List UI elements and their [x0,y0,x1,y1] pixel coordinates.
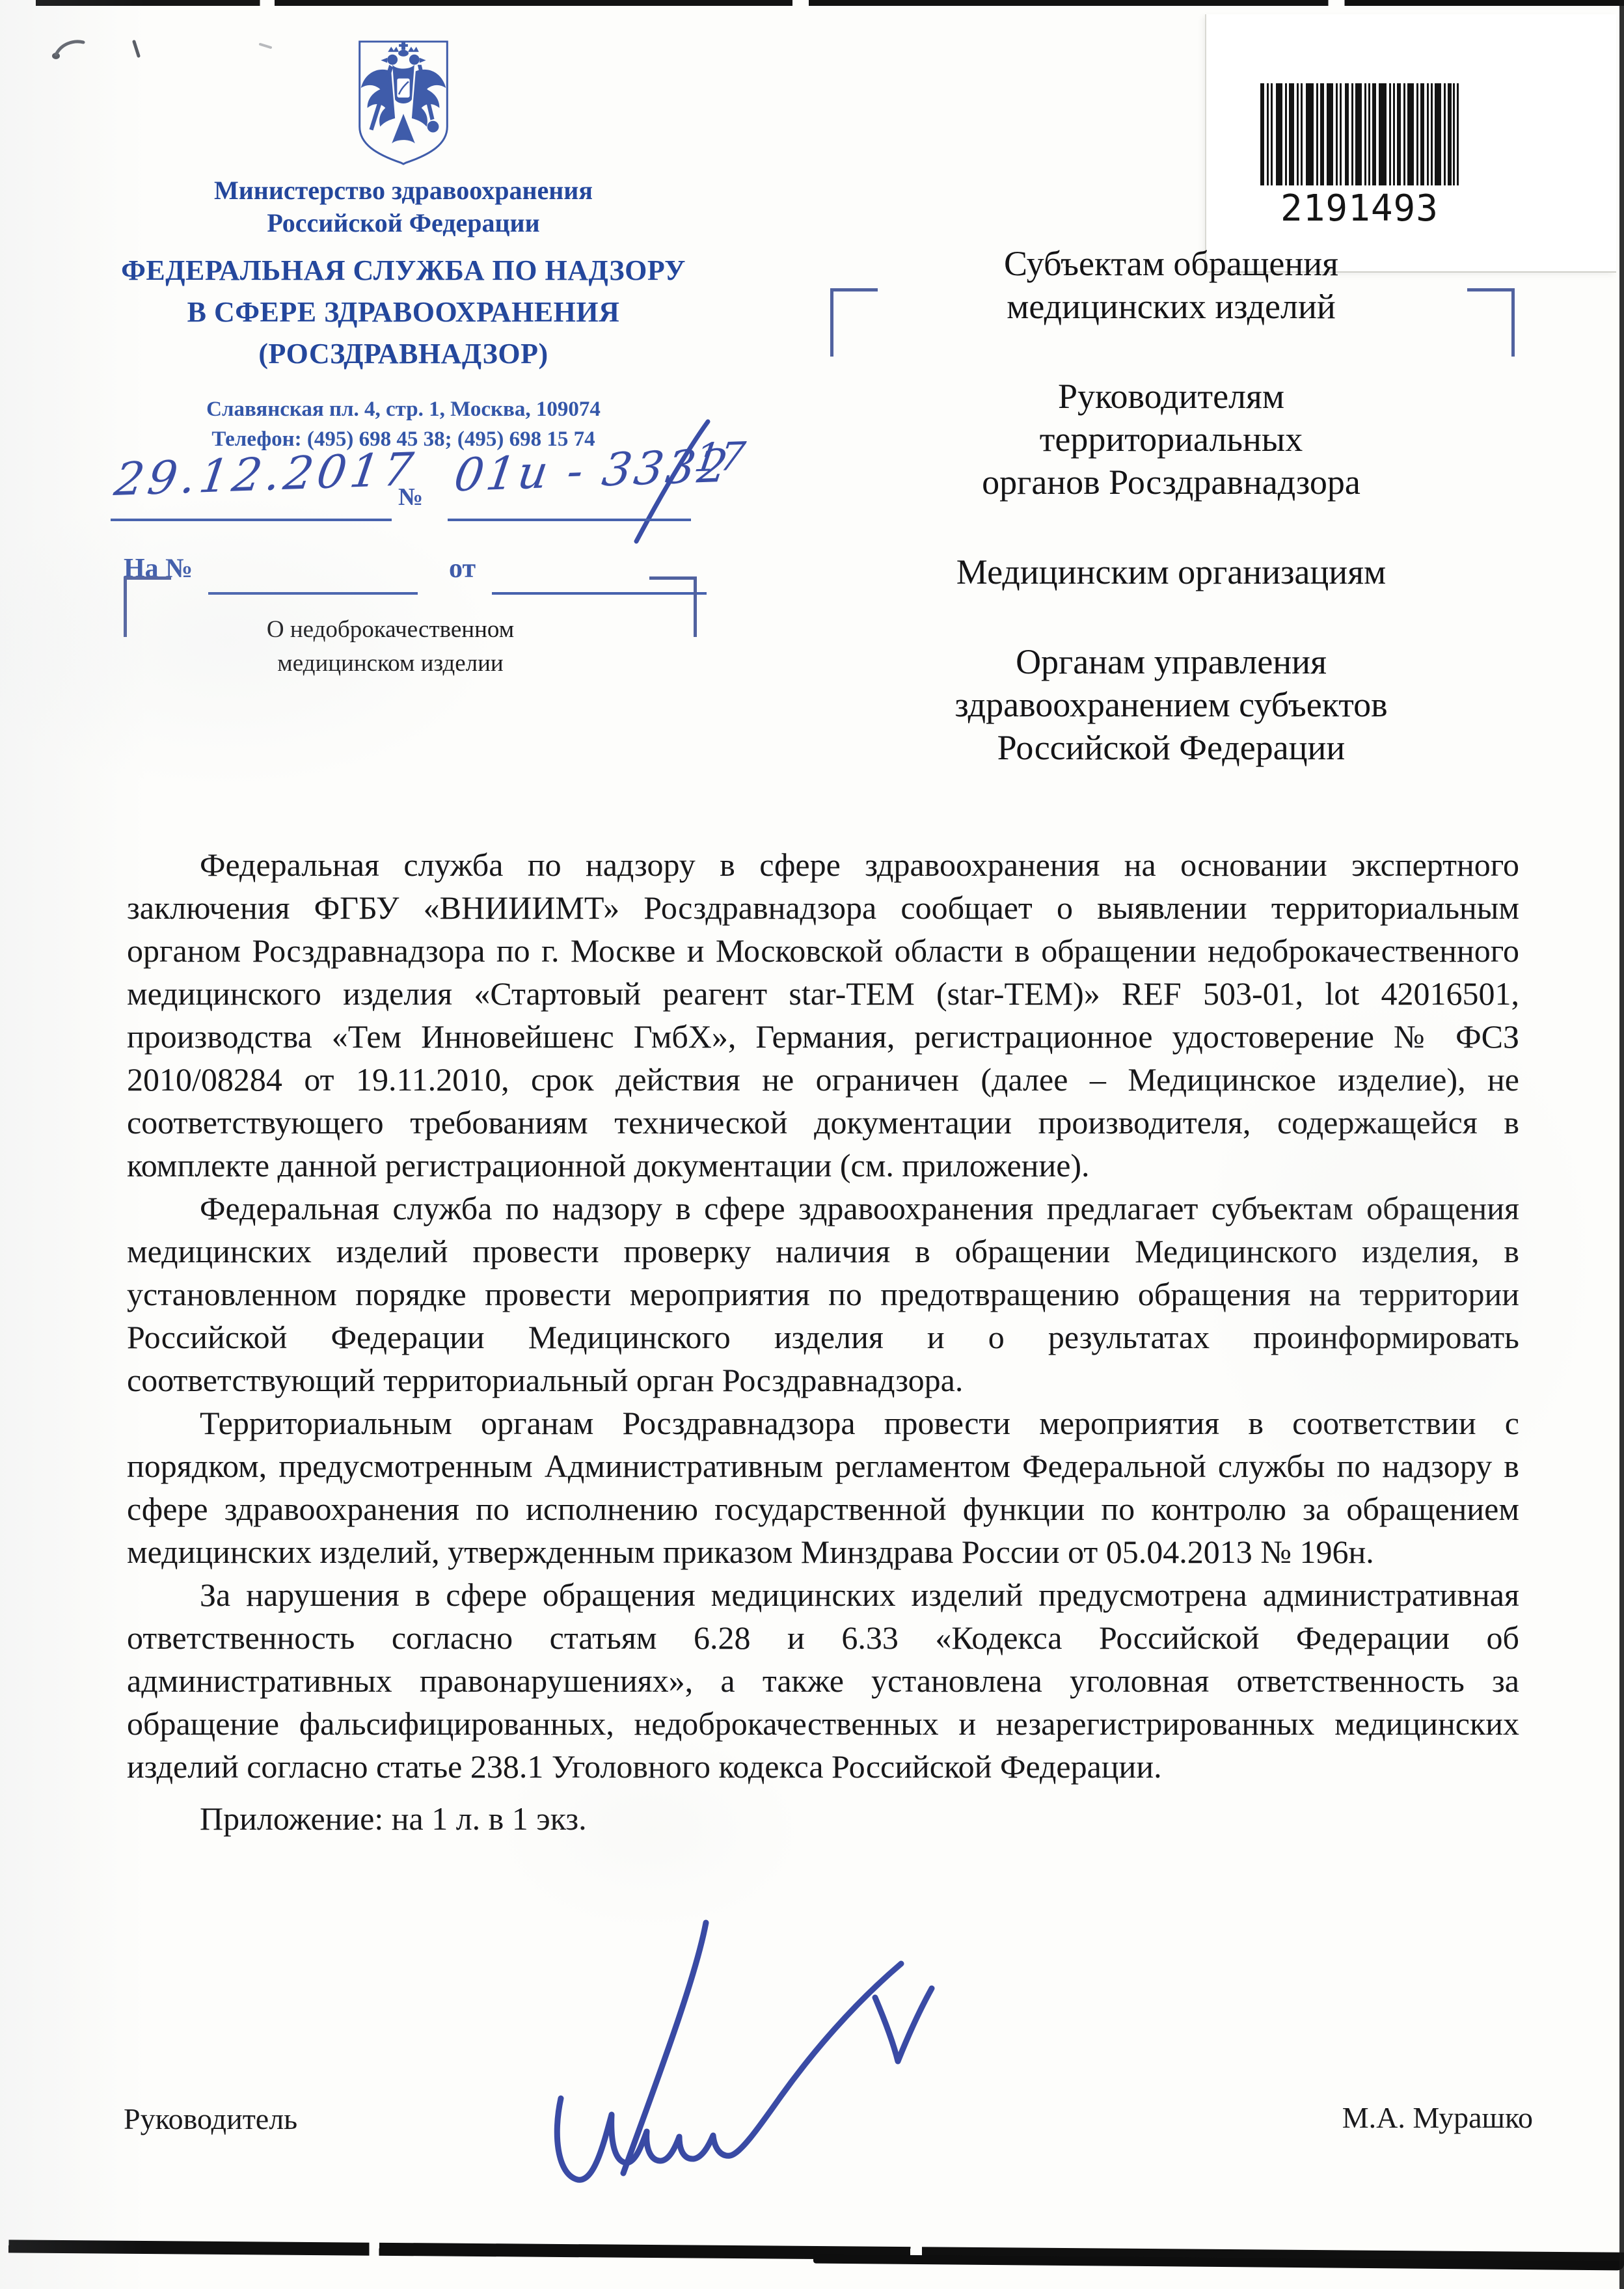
recipient-line: Руководителям [878,375,1464,418]
recipient-line: территориальных [878,418,1464,461]
subject-corner-bracket-right [649,576,697,637]
service-line-3: (РОСЗДРАВНАДЗОР) [85,333,722,375]
barcode-number: 2191493 [1260,187,1459,230]
number-underline [448,519,691,521]
recipient-line: здравоохранением субъектов [878,683,1464,726]
ministry-line-1: Министерство здравоохранения [85,174,722,207]
recipient-line: Медицинским организациям [878,550,1464,593]
signer-name: М.А. Мурашко [1342,2100,1533,2135]
russia-coat-of-arms-icon [351,38,456,167]
service-name: ФЕДЕРАЛЬНАЯ СЛУЖБА ПО НАДЗОРУ В СФЕРЕ ЗД… [85,250,722,375]
recipient-group: Медицинским организациям [878,550,1464,593]
body-paragraph-3: Территориальным органам Росздравнадзора … [127,1402,1519,1573]
service-line-2: В СФЕРЕ ЗДРАВООХРАНЕНИЯ [85,291,722,333]
recipient-line: Органам управления [878,640,1464,683]
recipient-group: Руководителям территориальных органов Ро… [878,375,1464,504]
service-line-1: ФЕДЕРАЛЬНАЯ СЛУЖБА ПО НАДЗОРУ [85,250,722,291]
ministry-line-2: Российской Федерации [85,207,722,239]
handwritten-number-suffix: 17 [692,434,748,481]
body-paragraph-2: Федеральная служба по надзору в сфере зд… [127,1187,1519,1402]
recipient-line: Российской Федерации [878,726,1464,769]
letterhead: Министерство здравоохранения Российской … [85,38,722,454]
recipient-line: Субъектам обращения [878,242,1464,285]
reply-number-underline [208,592,418,595]
barcode-sticker: 2191493 [1205,14,1616,273]
date-underline [111,519,392,521]
body-paragraph-4: За нарушения в сфере обращения медицинск… [127,1573,1519,1788]
recipient-group: Субъектам обращения медицинских изделий [878,242,1464,328]
recipient-line: органов Росздравнадзора [878,461,1464,504]
scanned-letter-page: Министерство здравоохранения Российской … [0,0,1624,2289]
scan-artifact-top-bar [0,0,1624,6]
signer-title: Руководитель [124,2102,297,2136]
subject-line-1: О недоброкачественном [163,613,618,647]
barcode-icon [1260,83,1459,185]
recipient-corner-bracket-right [1467,288,1515,357]
body-paragraph-1: Федеральная служба по надзору в сфере зд… [127,843,1519,1187]
recipient-block: Субъектам обращения медицинских изделий … [878,242,1464,816]
letter-body: Федеральная служба по надзору в сфере зд… [127,843,1519,1840]
subject-line: О недоброкачественном медицинском издели… [163,613,618,681]
recipient-line: медицинских изделий [878,285,1464,328]
subject-line-2: медицинском изделии [163,647,618,681]
recipient-group: Органам управления здравоохранением субъ… [878,640,1464,769]
recipient-corner-bracket-left [830,288,878,357]
attachment-note: Приложение: на 1 л. в 1 экз. [127,1797,1519,1840]
handwritten-signature-icon [521,1919,989,2219]
handwritten-date: 29.12.2017 [111,442,420,506]
scan-artifact-right-edge [1619,0,1624,2289]
number-sign: № [398,483,423,511]
reply-date-label: от [449,553,476,584]
ministry-name: Министерство здравоохранения Российской … [85,174,722,239]
